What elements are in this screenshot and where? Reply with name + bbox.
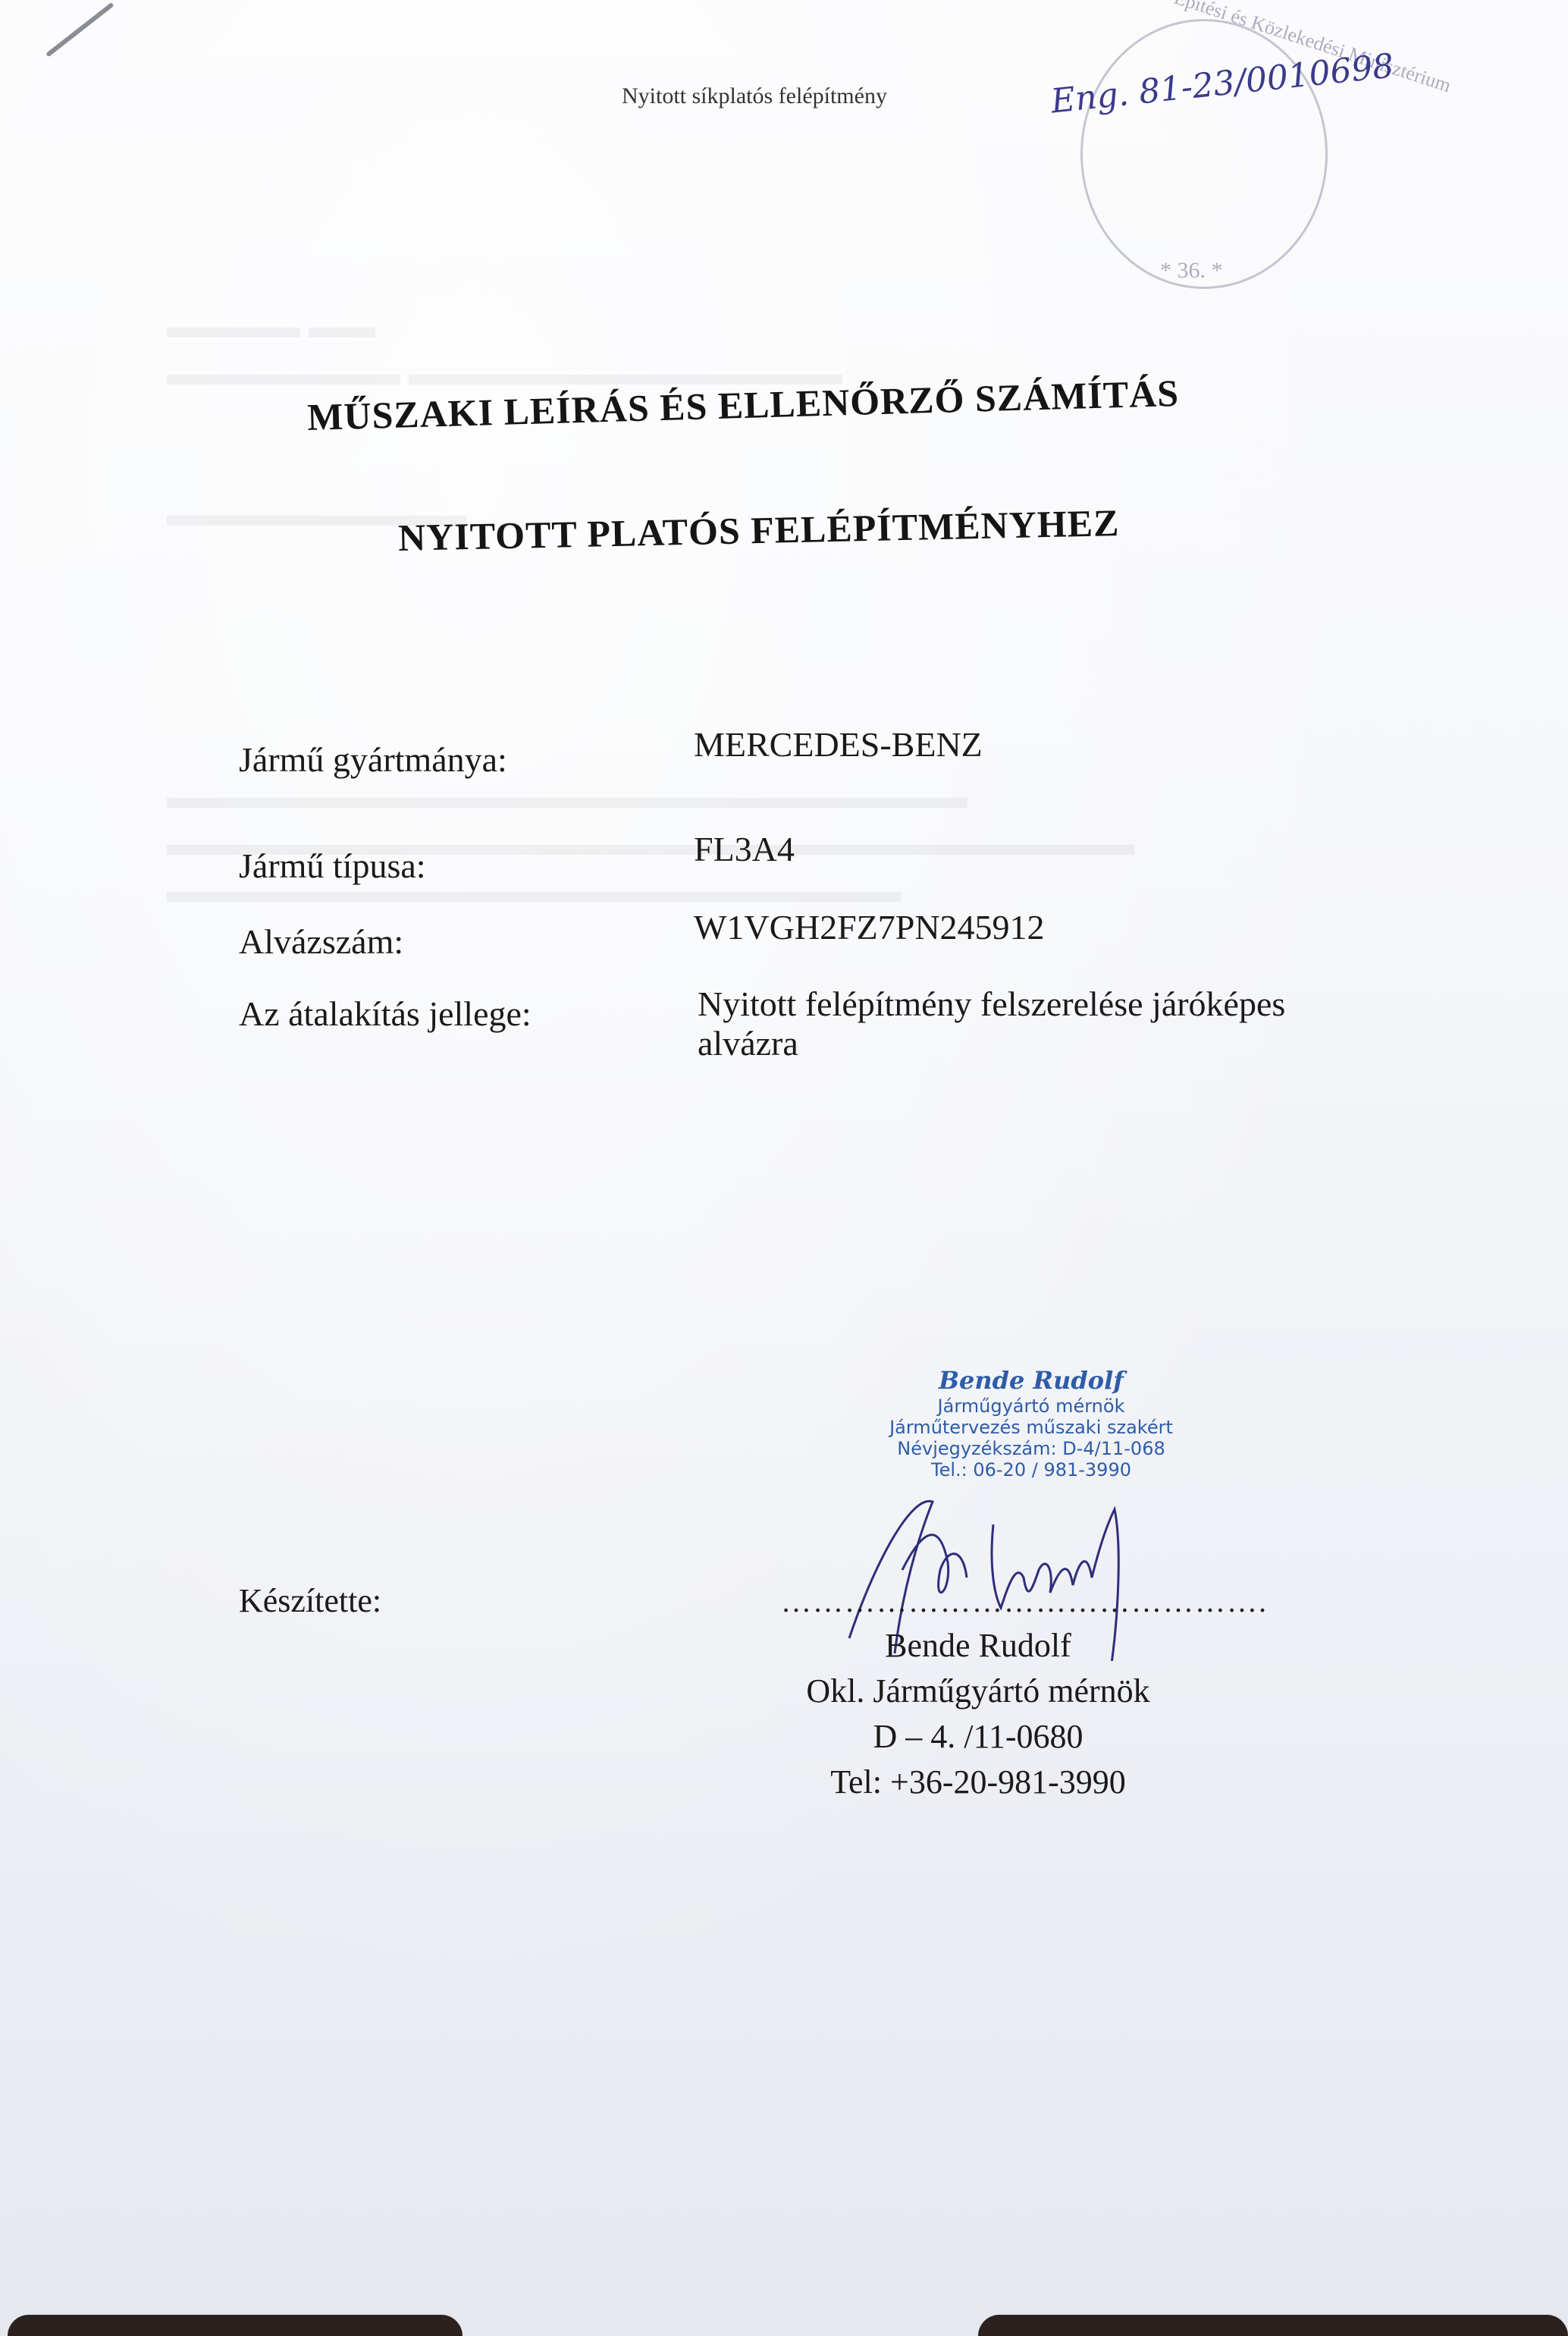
- make-label: Jármű gyártmánya:: [239, 739, 507, 780]
- conversion-value: Nyitott felépítmény felszerelése járókép…: [698, 984, 1304, 1063]
- stamp-engineer-specialty: Járműtervezés műszaki szakért: [842, 1417, 1221, 1438]
- stamp-engineer-title: Járműgyártó mérnök: [842, 1396, 1221, 1417]
- background-edge-right: [978, 2315, 1568, 2336]
- running-header: Nyitott síkplatós felépítmény: [622, 83, 887, 109]
- engineer-stamp: Bende Rudolf Járműgyártó mérnök Járműter…: [842, 1365, 1221, 1480]
- chassis-label: Alvázszám:: [239, 922, 403, 962]
- preparer-name: Bende Rudolf: [766, 1623, 1190, 1669]
- make-value: MERCEDES-BENZ: [694, 724, 983, 765]
- prepared-by-label: Készítette:: [239, 1581, 381, 1620]
- stamp-engineer-phone: Tel.: 06-20 / 981-3990: [842, 1459, 1221, 1480]
- preparer-registry: D – 4. /11-0680: [766, 1714, 1190, 1760]
- prepared-by-block: Bende Rudolf Okl. Járműgyártó mérnök D –…: [766, 1623, 1190, 1805]
- preparer-phone: Tel: +36-20-981-3990: [766, 1760, 1190, 1805]
- type-label: Jármű típusa:: [239, 846, 426, 886]
- stamp-engineer-registry: Névjegyzékszám: D-4/11-068: [842, 1438, 1221, 1459]
- stamp-number: * 36. *: [1160, 258, 1223, 284]
- preparer-title: Okl. Járműgyártó mérnök: [766, 1669, 1190, 1714]
- type-value: FL3A4: [694, 829, 795, 869]
- stamp-engineer-name: Bende Rudolf: [842, 1365, 1221, 1396]
- signature-line: ……………………………………….: [781, 1584, 1274, 1619]
- background-edge-left: [8, 2315, 463, 2336]
- conversion-label: Az átalakítás jellege:: [239, 994, 532, 1034]
- document-page: ▬▬▬▬ ▬▬▬▬▬▬▬▬▬ ▬▬▬▬▬▬▬▬▬▬▬▬▬▬▬▬▬▬▬▬▬▬▬▬▬…: [0, 0, 1568, 2336]
- staple: [45, 2, 114, 57]
- chassis-value: W1VGH2FZ7PN245912: [694, 907, 1045, 947]
